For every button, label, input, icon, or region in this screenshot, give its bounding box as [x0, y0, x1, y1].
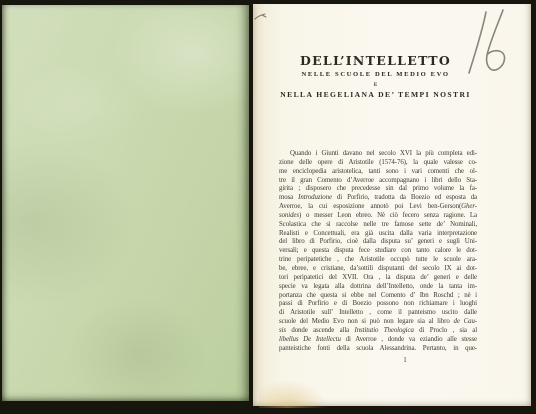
body-text-line: portanza che questa si ebbe nel Comento …: [279, 292, 477, 301]
body-text-line: Realisti e Concettuali, era già uscita d…: [279, 230, 477, 239]
handwritten-mark: [463, 6, 523, 84]
body-text-line: passi di Porfirio e di Boezio possono no…: [279, 300, 477, 309]
subtitle-line-2: NELLA HEGELIANA DE’ TEMPI NOSTRI: [273, 91, 478, 99]
body-text-line: specie va legata alla dottrina dell’Inte…: [279, 283, 477, 292]
body-text-line: sis donde ascende alla Institutio Theolo…: [279, 327, 477, 336]
body-text-line: libellus De Intellectu di Averroe , dond…: [279, 336, 477, 345]
body-text-line: panteistiche fonti della scuola Alessand…: [279, 345, 477, 354]
body-text-line: versali; e questa disputa fece studiare …: [279, 247, 477, 256]
page-number: 1: [395, 356, 415, 364]
page-stain: [259, 378, 329, 408]
body-text-line: trine peripatetiche , che Aristotile occ…: [279, 256, 477, 265]
body-text-line: sonides) o messer Leon ebreo. Nè ciò fec…: [279, 212, 477, 221]
book-page: DELL’INTELLETTO NELLE SCUOLE DEL MEDIO E…: [253, 4, 531, 406]
title-block: DELL’INTELLETTO NELLE SCUOLE DEL MEDIO E…: [273, 54, 478, 99]
body-text-line: Averroe, la cui esposizione annotò poi L…: [279, 203, 477, 212]
body-text-line: be, ebree, e cristiane, da’sottili dispu…: [279, 265, 477, 274]
body-text-line: di Aristotile sull’ Intelletto , come il…: [279, 309, 477, 318]
body-text-line: Quando i Giunti davano nel secolo XVI la…: [279, 150, 477, 159]
body-text-line: mosa Introduzione di Porfirio, tradotta …: [279, 194, 477, 203]
body-text-line: me enciclopedia aristotelica, tanti sono…: [279, 168, 477, 177]
body-text-line: zione delle opere di Aristotile (1574-76…: [279, 159, 477, 168]
body-paragraph: Quando i Giunti davano nel secolo XVI la…: [279, 150, 477, 353]
ink-tick-mark: [254, 12, 268, 22]
body-text-line: tori peripatetici del XVII. Ora , la dis…: [279, 274, 477, 283]
body-text-line: Scolastica che si raccolse nelle tre fam…: [279, 221, 477, 230]
body-text-line: girita ; disposero che precedesse sin da…: [279, 185, 477, 194]
subtitle-conjunction: E: [273, 83, 478, 88]
body-text-line: scuole del Medio Evo non si può non lega…: [279, 318, 477, 327]
subtitle-line-1: NELLE SCUOLE DEL MEDIO EVO: [273, 71, 478, 78]
scanned-book-photo: DELL’INTELLETTO NELLE SCUOLE DEL MEDIO E…: [0, 0, 536, 414]
page-title: DELL’INTELLETTO: [273, 54, 478, 67]
book-cover: [2, 5, 249, 401]
body-text-line: del libro di Porfirio, cioè dalla disput…: [279, 238, 477, 247]
body-text-line: tre il gran Comento d’Averroe accompagna…: [279, 177, 477, 186]
